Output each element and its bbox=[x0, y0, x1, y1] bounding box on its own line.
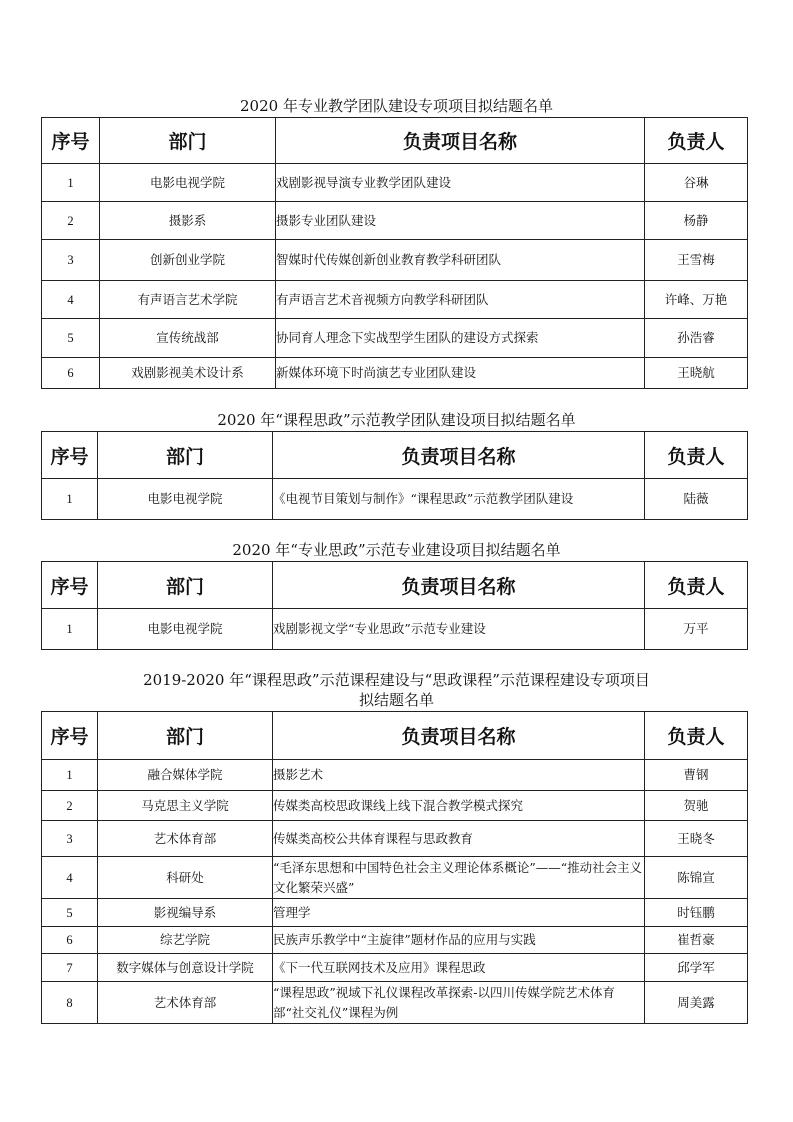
cell-lead: 王晓航 bbox=[645, 358, 748, 389]
cell-dept: 摄影系 bbox=[100, 202, 276, 240]
cell-project: 有声语言艺术音视频方向教学科研团队 bbox=[276, 281, 645, 319]
cell-lead: 许峰、万艳 bbox=[645, 281, 748, 319]
cell-lead: 杨静 bbox=[645, 202, 748, 240]
cell-project: 戏剧影视文学“专业思政”示范专业建设 bbox=[273, 609, 645, 650]
section-4-title-line1: 2019-2020 年“课程思政”示范课程建设与“思政课程”示范课程建设专项项目 bbox=[0, 670, 793, 690]
table-row: 7 数字媒体与创意设计学院 《下一代互联网技术及应用》课程思政 邱学军 bbox=[42, 954, 748, 982]
cell-no: 2 bbox=[42, 791, 98, 821]
cell-dept: 电影电视学院 bbox=[98, 479, 273, 520]
cell-project: 新媒体环境下时尚演艺专业团队建设 bbox=[276, 358, 645, 389]
table-row: 2 马克思主义学院 传媒类高校思政课线上线下混合教学模式探究 贺驰 bbox=[42, 791, 748, 821]
cell-no: 3 bbox=[42, 240, 100, 281]
header-lead: 负责人 bbox=[645, 432, 748, 479]
table-row: 8 艺术体育部 “课程思政”视域下礼仪课程改革探索-以四川传媒学院艺术体育部“社… bbox=[42, 982, 748, 1024]
header-project: 负责项目名称 bbox=[273, 562, 645, 609]
table-row: 4 科研处 “毛泽东思想和中国特色社会主义理论体系概论”——“推动社会主义文化繁… bbox=[42, 857, 748, 899]
cell-lead: 邱学军 bbox=[645, 954, 748, 982]
header-dept: 部门 bbox=[98, 562, 273, 609]
section-2-title: 2020 年“课程思政”示范教学团队建设项目拟结题名单 bbox=[0, 410, 793, 430]
table-row: 2 摄影系 摄影专业团队建设 杨静 bbox=[42, 202, 748, 240]
cell-no: 6 bbox=[42, 927, 98, 954]
cell-project: 传媒类高校思政课线上线下混合教学模式探究 bbox=[273, 791, 645, 821]
cell-lead: 贺驰 bbox=[645, 791, 748, 821]
cell-project: 摄影专业团队建设 bbox=[276, 202, 645, 240]
header-dept: 部门 bbox=[98, 432, 273, 479]
cell-no: 2 bbox=[42, 202, 100, 240]
section-4-title-line2: 拟结题名单 bbox=[0, 690, 793, 710]
table-professional-teaching-teams: 序号 部门 负责项目名称 负责人 1 电影电视学院 戏剧影视导演专业教学团队建设… bbox=[41, 117, 748, 389]
header-no: 序号 bbox=[42, 562, 98, 609]
cell-dept: 马克思主义学院 bbox=[98, 791, 273, 821]
cell-project: 传媒类高校公共体育课程与思政教育 bbox=[273, 821, 645, 857]
cell-no: 4 bbox=[42, 857, 98, 899]
header-lead: 负责人 bbox=[645, 712, 748, 760]
header-lead: 负责人 bbox=[645, 118, 748, 164]
cell-dept: 艺术体育部 bbox=[98, 821, 273, 857]
cell-no: 4 bbox=[42, 281, 100, 319]
table-row: 4 有声语言艺术学院 有声语言艺术音视频方向教学科研团队 许峰、万艳 bbox=[42, 281, 748, 319]
cell-dept: 科研处 bbox=[98, 857, 273, 899]
header-project: 负责项目名称 bbox=[273, 712, 645, 760]
table-row: 5 宣传统战部 协同育人理念下实战型学生团队的建设方式探索 孙浩睿 bbox=[42, 319, 748, 358]
cell-dept: 电影电视学院 bbox=[100, 164, 276, 202]
cell-lead: 王晓冬 bbox=[645, 821, 748, 857]
cell-project: 民族声乐教学中“主旋律”题材作品的应用与实践 bbox=[273, 927, 645, 954]
table-header-row: 序号 部门 负责项目名称 负责人 bbox=[42, 712, 748, 760]
cell-no: 1 bbox=[42, 164, 100, 202]
cell-project: “毛泽东思想和中国特色社会主义理论体系概论”——“推动社会主义文化繁荣兴盛” bbox=[273, 857, 645, 899]
cell-lead: 曹钢 bbox=[645, 760, 748, 791]
cell-dept: 戏剧影视美术设计系 bbox=[100, 358, 276, 389]
cell-no: 8 bbox=[42, 982, 98, 1024]
cell-no: 7 bbox=[42, 954, 98, 982]
table-row: 1 电影电视学院 戏剧影视导演专业教学团队建设 谷琳 bbox=[42, 164, 748, 202]
table-row: 1 融合媒体学院 摄影艺术 曹钢 bbox=[42, 760, 748, 791]
cell-project: 《下一代互联网技术及应用》课程思政 bbox=[273, 954, 645, 982]
cell-dept: 融合媒体学院 bbox=[98, 760, 273, 791]
header-dept: 部门 bbox=[98, 712, 273, 760]
cell-no: 1 bbox=[42, 760, 98, 791]
table-row: 3 创新创业学院 智媒时代传媒创新创业教育教学科研团队 王雪梅 bbox=[42, 240, 748, 281]
cell-project: 协同育人理念下实战型学生团队的建设方式探索 bbox=[276, 319, 645, 358]
table-row: 3 艺术体育部 传媒类高校公共体育课程与思政教育 王晓冬 bbox=[42, 821, 748, 857]
cell-no: 3 bbox=[42, 821, 98, 857]
cell-dept: 创新创业学院 bbox=[100, 240, 276, 281]
cell-no: 1 bbox=[42, 609, 98, 650]
table-row: 6 综艺学院 民族声乐教学中“主旋律”题材作品的应用与实践 崔哲豪 bbox=[42, 927, 748, 954]
cell-dept: 有声语言艺术学院 bbox=[100, 281, 276, 319]
cell-no: 1 bbox=[42, 479, 98, 520]
header-dept: 部门 bbox=[100, 118, 276, 164]
cell-lead: 王雪梅 bbox=[645, 240, 748, 281]
header-no: 序号 bbox=[42, 118, 100, 164]
cell-dept: 影视编导系 bbox=[98, 899, 273, 927]
cell-lead: 孙浩睿 bbox=[645, 319, 748, 358]
cell-lead: 陈锦宣 bbox=[645, 857, 748, 899]
header-lead: 负责人 bbox=[645, 562, 748, 609]
header-no: 序号 bbox=[42, 712, 98, 760]
cell-no: 5 bbox=[42, 319, 100, 358]
cell-dept: 综艺学院 bbox=[98, 927, 273, 954]
header-no: 序号 bbox=[42, 432, 98, 479]
cell-no: 6 bbox=[42, 358, 100, 389]
table-header-row: 序号 部门 负责项目名称 负责人 bbox=[42, 562, 748, 609]
cell-dept: 艺术体育部 bbox=[98, 982, 273, 1024]
table-major-ideology-programs: 序号 部门 负责项目名称 负责人 1 电影电视学院 戏剧影视文学“专业思政”示范… bbox=[41, 561, 748, 650]
cell-project: “课程思政”视域下礼仪课程改革探索-以四川传媒学院艺术体育部“社交礼仪”课程为例 bbox=[273, 982, 645, 1024]
section-1-title: 2020 年专业教学团队建设专项项目拟结题名单 bbox=[0, 96, 793, 116]
cell-lead: 陆薇 bbox=[645, 479, 748, 520]
cell-dept: 数字媒体与创意设计学院 bbox=[98, 954, 273, 982]
cell-lead: 周美露 bbox=[645, 982, 748, 1024]
cell-project: 管理学 bbox=[273, 899, 645, 927]
table-row: 5 影视编导系 管理学 时钰鹏 bbox=[42, 899, 748, 927]
cell-project: 摄影艺术 bbox=[273, 760, 645, 791]
table-course-ideology-teams: 序号 部门 负责项目名称 负责人 1 电影电视学院 《电视节目策划与制作》“课程… bbox=[41, 431, 748, 520]
cell-project: 戏剧影视导演专业教学团队建设 bbox=[276, 164, 645, 202]
cell-lead: 时钰鹏 bbox=[645, 899, 748, 927]
cell-project: 智媒时代传媒创新创业教育教学科研团队 bbox=[276, 240, 645, 281]
cell-no: 5 bbox=[42, 899, 98, 927]
cell-dept: 宣传统战部 bbox=[100, 319, 276, 358]
section-3-title: 2020 年“专业思政”示范专业建设项目拟结题名单 bbox=[0, 540, 793, 560]
header-project: 负责项目名称 bbox=[273, 432, 645, 479]
cell-lead: 崔哲豪 bbox=[645, 927, 748, 954]
table-row: 6 戏剧影视美术设计系 新媒体环境下时尚演艺专业团队建设 王晓航 bbox=[42, 358, 748, 389]
table-header-row: 序号 部门 负责项目名称 负责人 bbox=[42, 432, 748, 479]
table-header-row: 序号 部门 负责项目名称 负责人 bbox=[42, 118, 748, 164]
cell-project: 《电视节目策划与制作》“课程思政”示范教学团队建设 bbox=[273, 479, 645, 520]
table-row: 1 电影电视学院 戏剧影视文学“专业思政”示范专业建设 万平 bbox=[42, 609, 748, 650]
header-project: 负责项目名称 bbox=[276, 118, 645, 164]
cell-lead: 万平 bbox=[645, 609, 748, 650]
cell-dept: 电影电视学院 bbox=[98, 609, 273, 650]
table-course-ideology-courses: 序号 部门 负责项目名称 负责人 1 融合媒体学院 摄影艺术 曹钢 2 马克思主… bbox=[41, 711, 748, 1024]
table-row: 1 电影电视学院 《电视节目策划与制作》“课程思政”示范教学团队建设 陆薇 bbox=[42, 479, 748, 520]
cell-lead: 谷琳 bbox=[645, 164, 748, 202]
